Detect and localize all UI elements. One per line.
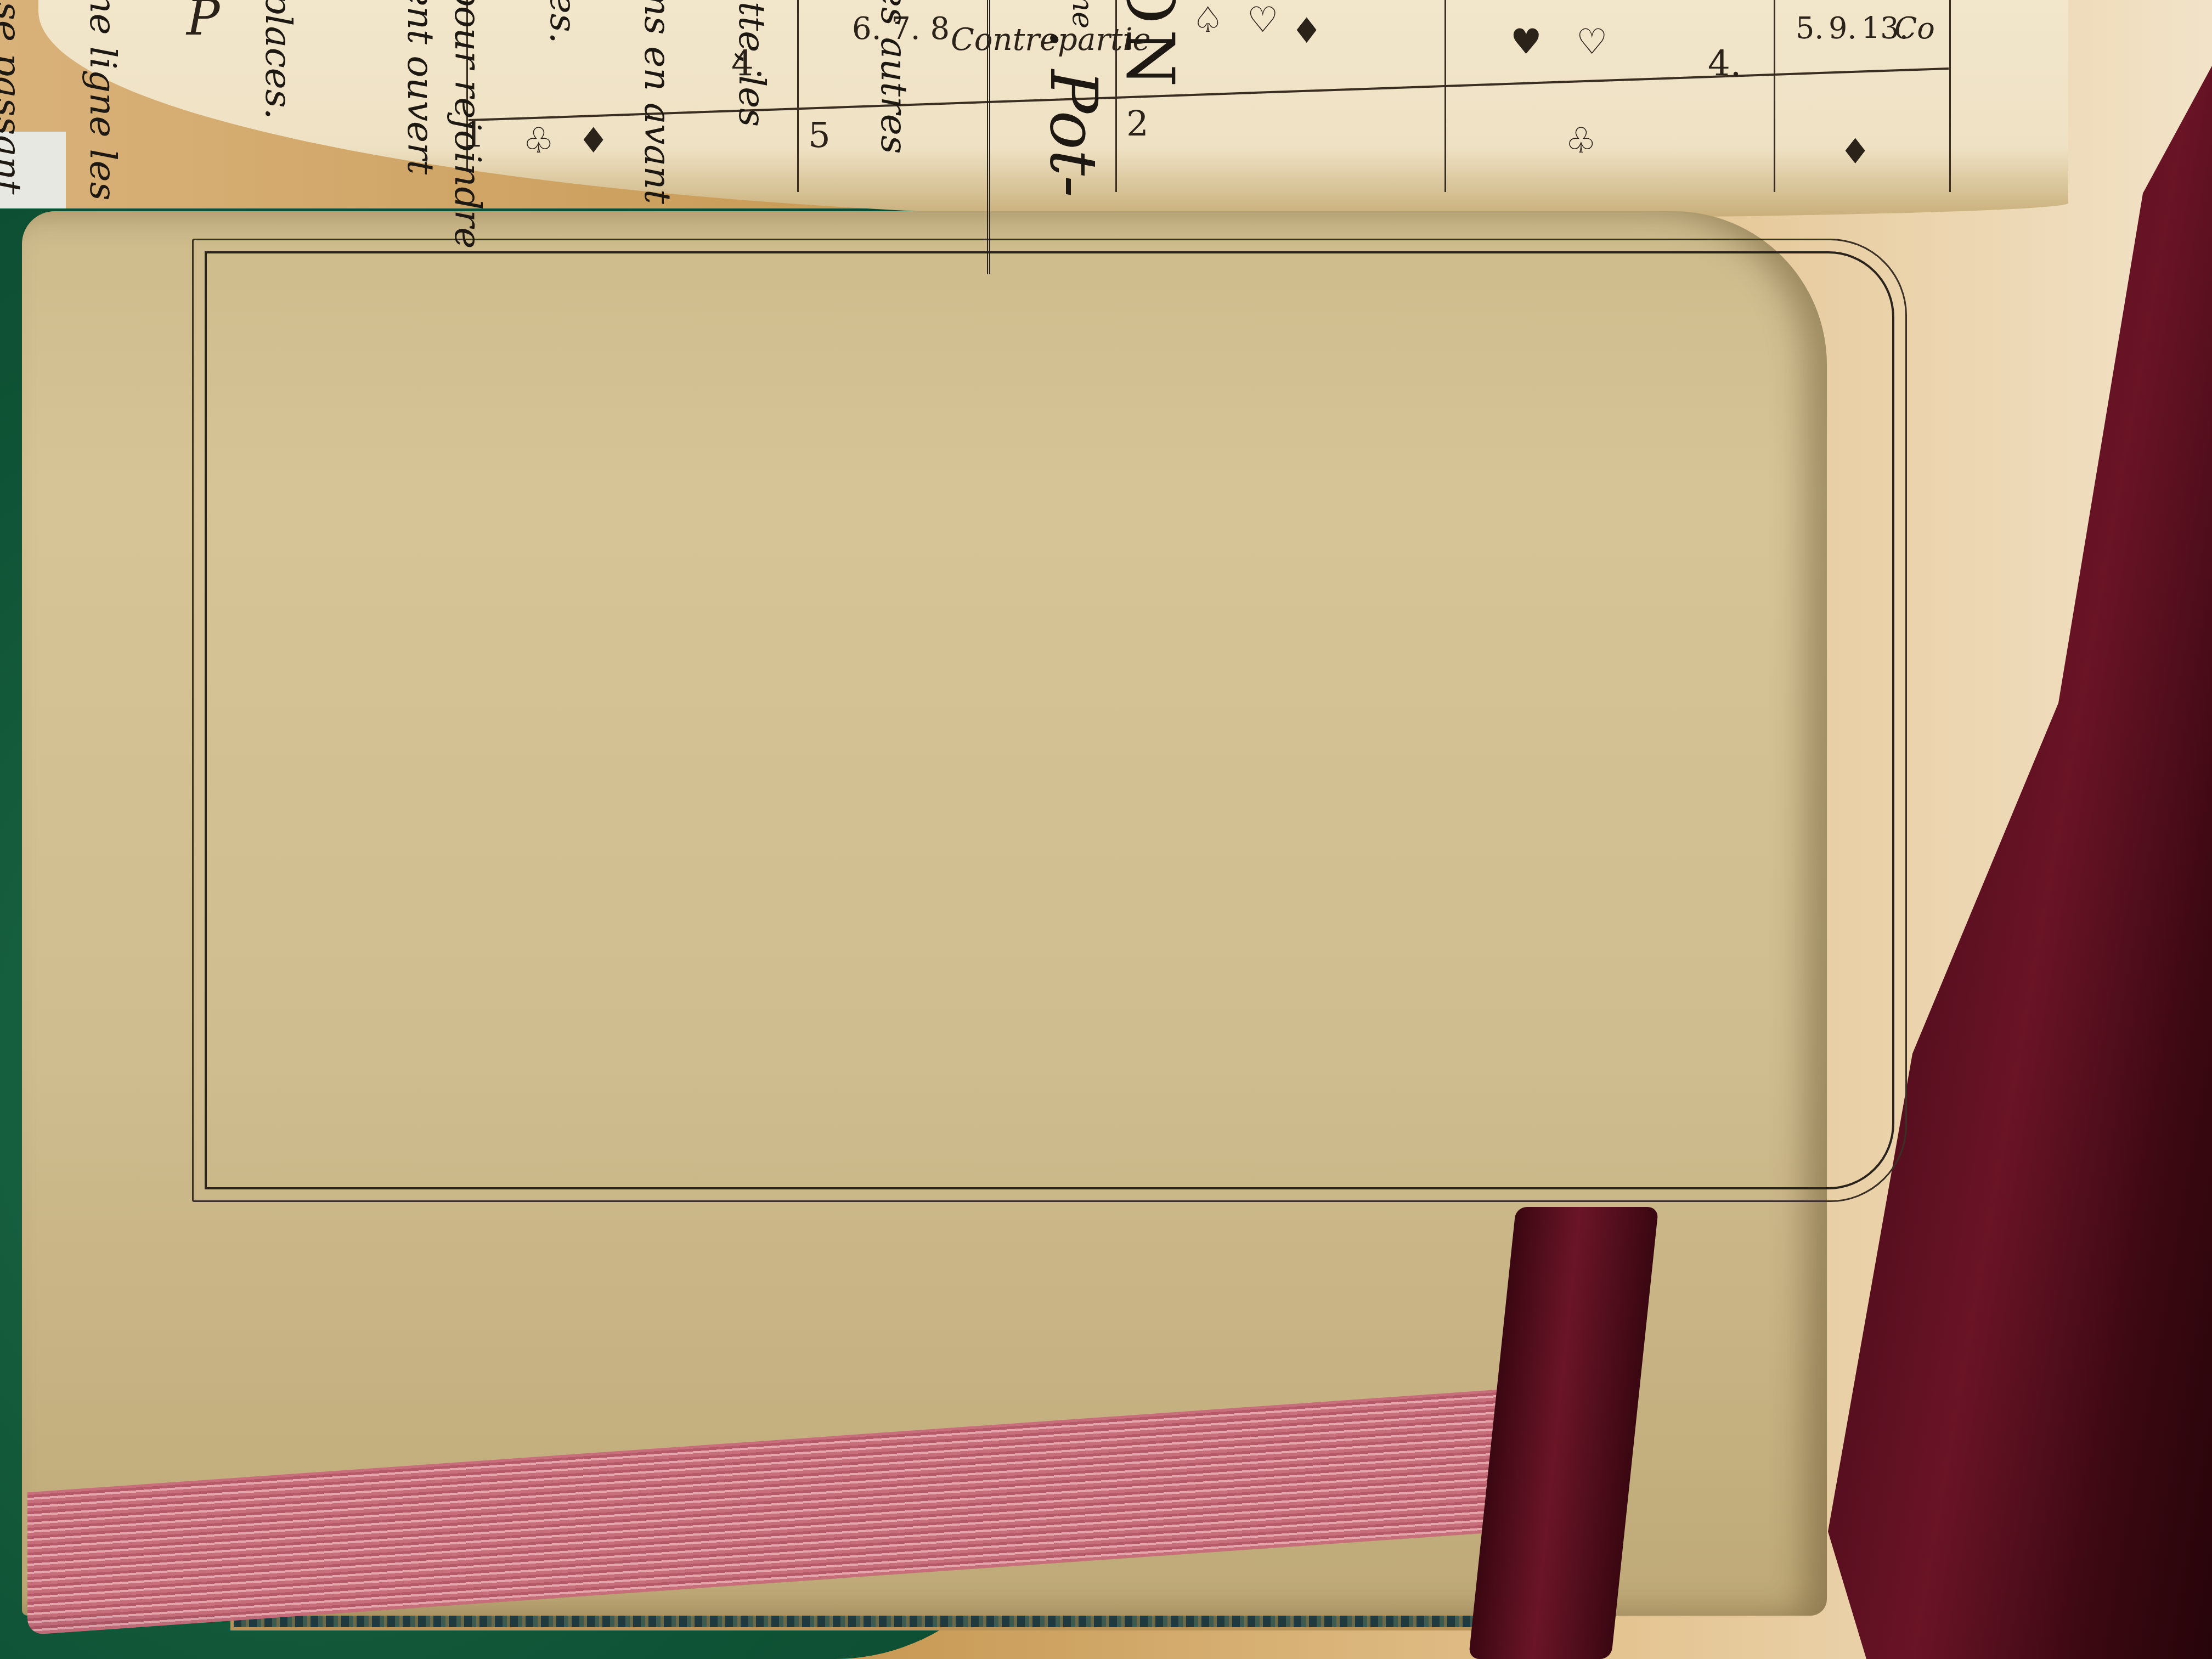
cell-label: Co: [1894, 11, 1935, 46]
grid-line: [1444, 0, 1446, 192]
line: traversent et font un contretems en avan…: [586, 0, 681, 252]
line: leur dame, et les autres chassent ouvert…: [349, 0, 444, 252]
heart-symbol-icon: ♡: [1576, 22, 1607, 63]
heart-symbol-icon: ♡: [1247, 0, 1278, 41]
engraved-plate-border: [192, 239, 1907, 1202]
cell-number: 4.: [1708, 44, 1741, 84]
club-symbol-icon: ♧: [1565, 121, 1596, 161]
cell-number: 5.: [1796, 11, 1824, 46]
line: 4. Les 4 des bouts se retournent pour re…: [444, 0, 492, 252]
title-box: DESCRIPTION Des figures du 3eme. Pot-Pou…: [987, 0, 1199, 274]
line: 1. Quatre en avant pendant que les autre…: [823, 0, 918, 252]
line: 1. Quatre en avant pour former une ligne…: [79, 0, 127, 252]
section-gap: [127, 0, 160, 252]
line: 5. Demi tour des 2 mains sur ses places.: [255, 0, 302, 252]
line: être vis-à-vis et tous sur 2 lignes.: [539, 0, 586, 252]
document-title: DESCRIPTION: [1111, 0, 1188, 274]
heart-symbol-icon: ♥: [1510, 22, 1542, 63]
line: croisés tous rig.: [776, 0, 823, 252]
grid-line: [1774, 0, 1775, 192]
diamond-symbol-icon: ♦: [1291, 11, 1322, 52]
line: 2. Les 4 premiers font une poussette, le…: [681, 0, 776, 252]
diamond-symbol-icon: ♦: [1839, 132, 1871, 172]
cell-number: 9.: [1829, 11, 1857, 46]
line: 2. Les mêmes chassent de marquise passan…: [0, 0, 32, 252]
line: 6,7,8,9,et 10. Contre-partie.: [207, 0, 255, 252]
line: cavaliers au milieu et rig.: [32, 0, 79, 252]
line: la leur.: [302, 0, 349, 252]
figure-descriptions: Après le rond ordinaire. 1. Quatre en av…: [0, 0, 987, 274]
engraved-plate-inner-border: [205, 251, 1894, 1189]
line: Après le rond ordinaire.: [918, 0, 965, 252]
line: 3. Chasser de marquise et rig.: [492, 0, 539, 252]
line: La main.: [160, 0, 207, 252]
engraved-text-block: DESCRIPTION Des figures du 3eme. Pot-Pou…: [0, 0, 1199, 274]
